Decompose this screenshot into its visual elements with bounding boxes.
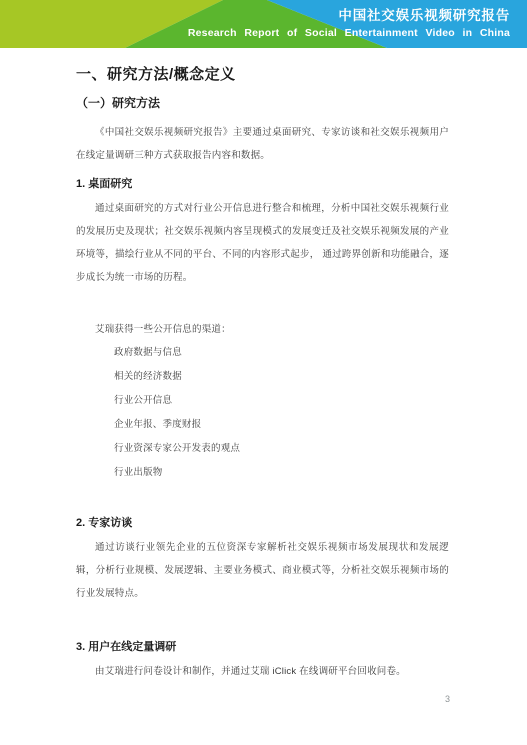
list-item: 相关的经济数据	[114, 365, 449, 389]
report-header-banner: 中国社交娱乐视频研究报告 Research Report of Social E…	[0, 0, 527, 48]
list-item: 行业出版物	[114, 461, 449, 485]
desk-research-paragraph: 通过桌面研究的方式对行业公开信息进行整合和梳理，分析中国社交娱乐视频行业的发展历…	[76, 197, 449, 289]
subsection-heading-desk-research: 1. 桌面研究	[76, 175, 449, 193]
channels-list: 政府数据与信息 相关的经济数据 行业公开信息 企业年报、季度财报 行业资深专家公…	[76, 341, 449, 485]
subsection-heading-expert-interview: 2. 专家访谈	[76, 514, 449, 532]
document-content: 一、研究方法/概念定义 （一）研究方法 《中国社交娱乐视频研究报告》主要通过桌面…	[76, 48, 449, 683]
section-heading-research-method: （一）研究方法	[76, 94, 449, 112]
list-item: 企业年报、季度财报	[114, 413, 449, 437]
header-titles: 中国社交娱乐视频研究报告 Research Report of Social E…	[188, 9, 510, 38]
report-title-english: Research Report of Social Entertainment …	[188, 28, 510, 39]
list-item: 政府数据与信息	[114, 341, 449, 365]
list-item: 行业资深专家公开发表的观点	[114, 437, 449, 461]
channels-lead-line: 艾瑞获得一些公开信息的渠道：	[95, 318, 449, 341]
report-title-chinese: 中国社交娱乐视频研究报告	[188, 9, 510, 23]
subsection-heading-online-survey: 3. 用户在线定量调研	[76, 638, 449, 656]
page-number: 3	[445, 694, 450, 704]
report-page: 中国社交娱乐视频研究报告 Research Report of Social E…	[0, 0, 527, 745]
list-item: 行业公开信息	[114, 389, 449, 413]
expert-interview-paragraph: 通过访谈行业领先企业的五位资深专家解析社交娱乐视频市场发展现状和发展逻辑，分析行…	[76, 536, 449, 605]
chapter-heading: 一、研究方法/概念定义	[76, 65, 449, 85]
intro-paragraph: 《中国社交娱乐视频研究报告》主要通过桌面研究、专家访谈和社交娱乐视频用户在线定量…	[76, 121, 449, 167]
online-survey-paragraph: 由艾瑞进行问卷设计和制作，并通过艾瑞 iClick 在线调研平台回收问卷。	[76, 660, 449, 683]
